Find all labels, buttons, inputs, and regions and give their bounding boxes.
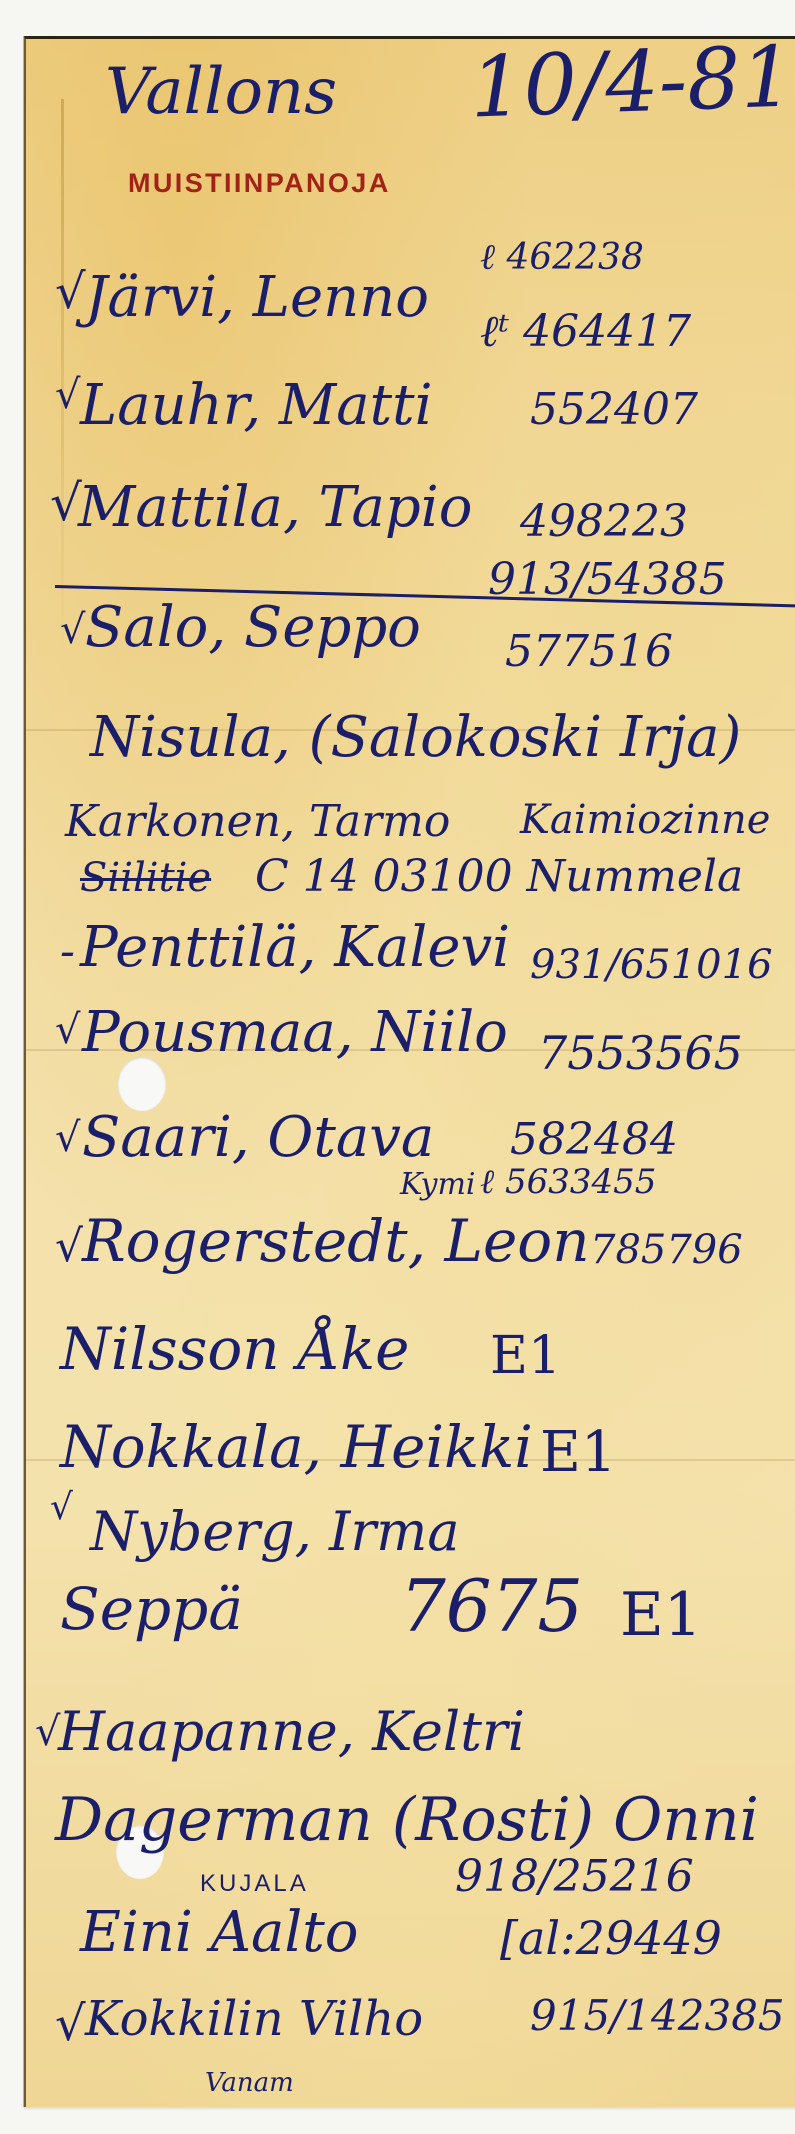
check-mark: √	[55, 268, 86, 316]
entry-phone: ℓ 5633455	[480, 1165, 656, 1199]
entry-name: Lauhr, Matti	[80, 378, 433, 434]
entry-phone: 918/25216	[455, 1855, 694, 1899]
entry-name: Eini Aalto	[80, 1905, 359, 1961]
check-mark: √	[55, 1118, 81, 1158]
entry-phone: [al:29449	[500, 1915, 722, 1961]
check-mark: √	[35, 1712, 61, 1752]
check-mark: √	[55, 375, 81, 415]
entry-name: Karkonen, Tarmo	[65, 800, 450, 844]
entry-name: Kokkilin Vilho	[85, 1995, 423, 2043]
entry-phone: 7675	[400, 1570, 583, 1642]
entry-phone: 577516	[505, 630, 673, 674]
entry-note: KUJALA	[200, 1872, 309, 1896]
printed-heading: MUISTIINPANOJA	[128, 168, 391, 199]
entry-name: Nyberg, Irma	[90, 1505, 460, 1559]
entry-phone: 931/651016	[530, 945, 773, 985]
header-date: 10/4-81	[469, 34, 795, 129]
entry-name: Seppä	[60, 1580, 243, 1638]
struck-word: Siilitie	[80, 858, 211, 898]
dash-mark: -	[60, 930, 75, 974]
entry-code: E1	[540, 1425, 617, 1481]
punch-hole	[118, 1057, 166, 1111]
entry-note: ℓ 462238	[480, 240, 644, 276]
entry-name: Nisula, (Salokoski Irja)	[90, 710, 741, 766]
header-title: Vallons	[105, 60, 337, 124]
check-mark: √	[60, 610, 86, 650]
entry-note: Kymi	[400, 1170, 475, 1200]
entry-name: Saari, Otava	[82, 1110, 434, 1166]
check-mark: √	[55, 2000, 86, 2048]
entry-name: Mattila, Tapio	[78, 480, 472, 536]
check-mark: √	[50, 1490, 73, 1526]
entry-phone: 552407	[530, 388, 698, 432]
entry-phone: ℓᵗ 464417	[480, 310, 691, 354]
check-mark: √	[55, 1010, 81, 1050]
entry-name: Salo, Seppo	[85, 600, 421, 656]
entry-name: Nokkala, Heikki	[60, 1418, 533, 1476]
entry-note: Kaimiozinne	[520, 800, 770, 840]
entry-name: Dagerman (Rosti) Onni	[55, 1790, 759, 1850]
entry-phone: 7553565	[538, 1030, 743, 1076]
entry-name: Haapanne, Keltri	[58, 1705, 525, 1759]
entry-phone-secondary: 913/54385	[488, 558, 727, 602]
entry-name: Pousmaa, Niilo	[82, 1005, 508, 1061]
entry-phone: 785796	[590, 1230, 743, 1270]
entry-phone: 498223	[520, 500, 688, 544]
entry-name: Järvi, Lenno	[85, 270, 429, 326]
check-mark: √	[55, 1225, 83, 1269]
entry-code: E1	[620, 1585, 702, 1645]
entry-name: Penttilä, Kalevi	[80, 920, 510, 976]
entry-phone: 582484	[510, 1118, 678, 1162]
entry-code: E1	[490, 1330, 561, 1382]
entry-phone: 915/142385	[530, 1995, 785, 2037]
entry-name: Nilsson Åke	[60, 1320, 409, 1378]
entry-note: Vanam	[205, 2070, 294, 2096]
entry-address: C 14 03100 Nummela	[255, 855, 743, 899]
entry-name: Rogerstedt, Leon	[82, 1212, 590, 1270]
